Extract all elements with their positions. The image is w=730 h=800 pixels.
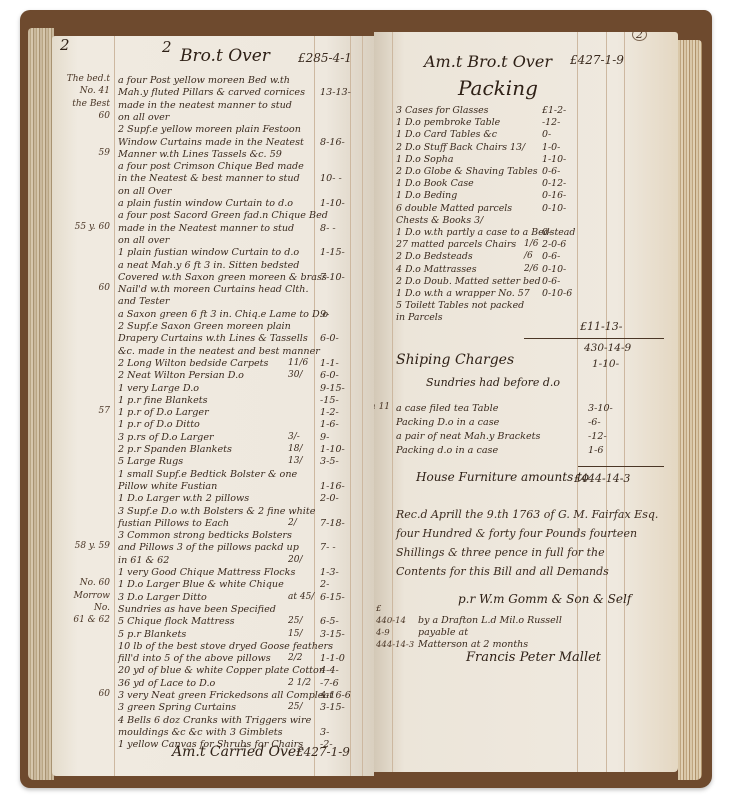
entry-amount: 8- -	[320, 222, 336, 235]
entry-text: in 61 & 62	[118, 554, 169, 567]
entry-rate: 13/	[288, 455, 302, 468]
margin-note: 58 y. 59	[64, 541, 110, 552]
margin-note: the Best	[64, 99, 110, 110]
entry-amount: 1-10-	[320, 443, 345, 456]
entry-text: 1 p.r of D.o Ditto	[118, 418, 200, 431]
packing-entry: 2 D.o Doub. Matted setter bed	[396, 275, 541, 288]
entry-amount: 9-	[320, 431, 329, 444]
house-furniture-amount: £444-14-3	[574, 472, 630, 485]
dated-amount: 1-6	[588, 444, 603, 457]
right-page: 2 Am.t Bro.t Over £427-1-9 Packing 3 Cas…	[374, 32, 678, 772]
entry-text: 3 Supf.e D.o w.th Bolsters & 2 fine whit…	[118, 505, 315, 518]
signature: Francis Peter Mallet	[466, 650, 601, 665]
entry-text: a Saxon green 6 ft 3 in. Chiq.e Lame to …	[118, 308, 328, 321]
entry-rate: 2/	[288, 517, 297, 530]
packing-entry: in Parcels	[396, 311, 443, 324]
entry-text: fustian Pillows to Each	[118, 517, 229, 530]
entry-rate: 30/	[288, 369, 302, 382]
entry-text: and Tester	[118, 295, 169, 308]
entry-amount: 2-0-	[320, 492, 339, 505]
packing-title: Packing	[458, 76, 538, 100]
entry-text: a plain fustin window Curtain to d.o	[118, 197, 293, 210]
packing-entry: 3 Cases for Glasses	[396, 104, 489, 117]
packing-amount: £1-2-	[542, 104, 566, 117]
packing-amount: 0-10-	[542, 202, 566, 215]
entry-text: &c. made in the neatest and best manner	[118, 345, 320, 358]
entry-amount: 1-3-	[320, 566, 339, 579]
entry-rate: 15/	[288, 628, 302, 641]
packing-amount: 0-12-	[542, 177, 566, 190]
entry-text: in the Neatest & best manner to stud	[118, 172, 300, 185]
margin-note: 61 & 62	[64, 615, 110, 626]
packing-amount: 0-	[542, 226, 551, 239]
page-edges-right	[678, 40, 702, 780]
entry-text: 1 very Large D.o	[118, 382, 199, 395]
entry-text: on all over	[118, 234, 169, 247]
packing-rate: 1/6	[524, 238, 538, 251]
entry-text: 3 green Spring Curtains	[118, 701, 236, 714]
heading-amount: £285-4-1	[298, 52, 352, 65]
packing-rate: /6	[524, 250, 533, 263]
entry-amount: 1-6-	[320, 418, 339, 431]
entry-amount: 1-2-	[320, 406, 339, 419]
dated-entry: Packing D.o in a case	[396, 416, 499, 429]
packing-amount: 0-	[542, 128, 551, 141]
page-edges-left	[28, 28, 54, 780]
entry-text: 2 Neat Wilton Persian D.o	[118, 369, 244, 382]
sundries-subtitle: Sundries had before d.o	[426, 376, 560, 389]
entry-text: fill'd into 5 of the above pillows	[118, 652, 271, 665]
margin-note: 60	[64, 111, 110, 122]
packing-amount: 0-16-	[542, 189, 566, 202]
entry-amount: 6-0-	[320, 332, 339, 345]
entry-amount: 8-16-	[320, 136, 345, 149]
entry-amount: 3-15-	[320, 628, 345, 641]
dated-amount: -12-	[588, 430, 607, 443]
margin-note: 60	[64, 283, 110, 294]
packing-entry: 1 D.o Book Case	[396, 177, 474, 190]
receipt-signature-for: p.r W.m Gomm & Son & Self	[458, 592, 631, 606]
entry-text: 1 plain fustian window Curtain to d.o	[118, 246, 299, 259]
entry-text: a neat Mah.y 6 ft 3 in. Sitten bedsted	[118, 259, 299, 272]
entry-text: a four post Crimson Chique Bed made	[118, 160, 304, 173]
house-furniture-label: House Furniture amounts to	[416, 470, 589, 484]
packing-rate: 2/6	[524, 263, 538, 276]
packing-entry: 1 D.o pembroke Table	[396, 116, 500, 129]
entry-amount: 1-1-0	[320, 652, 345, 665]
entry-amount: 1-16-	[320, 480, 345, 493]
entry-text: 10 lb of the best stove dryed Goose feat…	[118, 640, 333, 653]
packing-entry: Chests & Books 3/	[396, 214, 483, 227]
entry-text: 1 D.o Larger w.th 2 pillows	[118, 492, 249, 505]
entry-text: 2 p.r Spanden Blankets	[118, 443, 232, 456]
shipping-title: Shiping Charges	[396, 352, 514, 368]
running-total: 430-14-9	[584, 342, 631, 355]
entry-rate: 20/	[288, 554, 302, 567]
entry-text: on all over	[118, 111, 169, 124]
entry-amount: 2-	[320, 578, 329, 591]
margin-note: No. 41	[64, 86, 110, 97]
entry-amount: 13-13-	[320, 86, 351, 99]
entry-rate: at 45/	[288, 591, 314, 604]
carried-over-amount: £427-1-9	[296, 746, 350, 759]
entry-text: 1 p.r of D.o Larger	[118, 406, 209, 419]
packing-entry: 27 matted parcels Chairs	[396, 238, 516, 251]
entry-amount: 7-18-	[320, 517, 345, 530]
entry-text: 3 Common strong bedticks Bolsters	[118, 529, 292, 542]
entry-text: a four post Sacord Green fad.n Chique Be…	[118, 209, 328, 222]
entry-rate: 3/-	[288, 431, 300, 444]
entry-rate: 25/	[288, 701, 302, 714]
entry-rate: 18/	[288, 443, 302, 456]
heading-number: 2	[162, 38, 172, 56]
dated-entry: a case filed tea Table	[396, 402, 498, 415]
receipt-line: Rec.d Aprill the 9.th 1763 of G. M. Fair…	[396, 508, 658, 521]
margin-note: No. 60	[64, 578, 110, 589]
margin-rule	[114, 36, 115, 776]
margin-note: No.	[64, 603, 110, 614]
entry-text: Mah.y fluted Pillars & carved cornices	[118, 86, 305, 99]
entry-text: 5 p.r Blankets	[118, 628, 186, 641]
entry-amount: 7-10-	[320, 271, 345, 284]
margin-note: 55 y. 60	[64, 222, 110, 233]
margin-note: 57	[64, 406, 110, 417]
entry-text: 5 Chique flock Mattress	[118, 615, 235, 628]
entry-text: mouldings &c &c with 3 Gimblets	[118, 726, 283, 739]
dated-amount: 3-10-	[588, 402, 613, 415]
entry-amount: 10- -	[320, 172, 342, 185]
entry-rate: 25/	[288, 615, 302, 628]
heading-amount: £427-1-9	[570, 54, 624, 67]
entry-amount: 1-15-	[320, 246, 345, 259]
calc-line: 4-9	[376, 628, 390, 639]
entry-amount: 6-0-	[320, 369, 339, 382]
entry-rate: 11/6	[288, 357, 308, 370]
entry-amount: 1-1-	[320, 357, 339, 370]
entry-text: 2 Supf.e yellow moreen plain Festoon	[118, 123, 301, 136]
entry-text: Window Curtains made in the Neatest	[118, 136, 304, 149]
entry-text: Covered w.th Saxon green moreen & brass	[118, 271, 327, 284]
entry-text: 20 yd of blue & white Copper plate Cotto…	[118, 664, 325, 677]
entry-amount: 7- -	[320, 541, 336, 554]
entry-amount: 9-	[320, 308, 329, 321]
page-number: 2	[632, 32, 647, 41]
entry-text: and Pillows 3 of the pillows packd up	[118, 541, 299, 554]
entry-text: 3 very Neat green Frickedsons all Comple…	[118, 689, 333, 702]
dated-entry: a pair of neat Mah.y Brackets	[396, 430, 540, 443]
packing-amount: 0-6-	[542, 165, 560, 178]
packing-amount: 0-6-	[542, 275, 560, 288]
dated-amount: -6-	[588, 416, 601, 429]
receipt-line: four Hundred & forty four Pounds fourtee…	[396, 527, 637, 540]
packing-amount: -12-	[542, 116, 560, 129]
packing-entry: 6 double Matted parcels	[396, 202, 512, 215]
page-heading: Am.t Bro.t Over	[424, 52, 552, 71]
margin-rule	[392, 32, 393, 772]
packing-entry: 1 D.o Card Tables &c	[396, 128, 497, 141]
entry-text: a four Post yellow moreen Bed w.th	[118, 74, 290, 87]
rule-line	[524, 338, 664, 339]
entry-text: 3 D.o Larger Ditto	[118, 591, 207, 604]
entry-amount: 6-5-	[320, 615, 339, 628]
entry-amount: 6-15-	[320, 591, 345, 604]
packing-amount: 0-10-6	[542, 287, 572, 300]
entry-text: made in the Neatest manner to stud	[118, 222, 294, 235]
shipping-amount: 1-10-	[592, 358, 619, 371]
entry-text: 4 Bells 6 doz Cranks with Triggers wire	[118, 714, 311, 727]
entry-text: 2 Long Wilton bedside Carpets	[118, 357, 268, 370]
calc-line: £	[376, 604, 381, 615]
entry-text: 5 Large Rugs	[118, 455, 183, 468]
entry-text: Nail'd w.th moreen Curtains head Clth.	[118, 283, 309, 296]
left-page: 2 2 Bro.t Over £285-4-1 The bed.tNo. 41t…	[52, 36, 374, 776]
packing-entry: 1 D.o Sopha	[396, 153, 453, 166]
entry-text: made in the neatest manner to stud	[118, 99, 292, 112]
packing-entry: 5 Toilett Tables not packed	[396, 299, 524, 312]
calc-line: 444-14-3	[376, 640, 414, 651]
entry-text: 2 Supf.e Saxon Green moreen plain	[118, 320, 291, 333]
entry-text: on all Over	[118, 185, 171, 198]
margin-note: 60	[64, 689, 110, 700]
entry-text: 1 p.r fine Blankets	[118, 394, 208, 407]
packing-amount: 1-10-	[542, 153, 566, 166]
packing-amount: 0-10-	[542, 263, 566, 276]
entry-date: March 11	[374, 402, 390, 413]
receipt-line: Shillings & three pence in full for the	[396, 546, 605, 559]
page-heading: Bro.t Over	[180, 46, 270, 66]
amount-rule	[624, 32, 625, 772]
calc-line: 440-14	[376, 616, 406, 627]
rule-line	[578, 466, 664, 467]
entry-text: Manner w.th Lines Tassels &c. 59	[118, 148, 282, 161]
entry-text: 1 small Supf.e Bedtick Bolster & one	[118, 468, 297, 481]
entry-amount: 3-15-	[320, 701, 345, 714]
entry-rate: 2/2	[288, 652, 302, 665]
packing-subtotal: £11-13-	[580, 320, 622, 333]
entry-amount: -7-6	[320, 677, 339, 690]
entry-amount: -15-	[320, 394, 339, 407]
ledger-book: 2 2 Bro.t Over £285-4-1 The bed.tNo. 41t…	[20, 10, 712, 788]
margin-note: Morrow	[64, 591, 110, 602]
margin-note: 59	[64, 148, 110, 159]
carried-over-label: Am.t Carried Over	[172, 744, 303, 760]
entry-text: 1 very Good Chique Mattress Flocks	[118, 566, 295, 579]
margin-note: The bed.t	[64, 74, 110, 85]
entry-text: 1 D.o Larger Blue & white Chique	[118, 578, 284, 591]
packing-entry: 4 D.o Mattrasses	[396, 263, 477, 276]
entry-amount: 9-15-	[320, 382, 345, 395]
packing-entry: 1 D.o w.th a wrapper No. 57	[396, 287, 530, 300]
amount-rule	[350, 36, 351, 776]
entry-amount: 3-	[320, 726, 329, 739]
packing-amount: 2-0-6	[542, 238, 566, 251]
page-number: 2	[60, 36, 70, 54]
receipt-line: Contents for this Bill and all Demands	[396, 565, 609, 578]
entry-text: 36 yd of Lace to D.o	[118, 677, 215, 690]
packing-entry: 1 D.o Beding	[396, 189, 457, 202]
entry-amount: 3-5-	[320, 455, 339, 468]
entry-amount: 4-4-	[320, 664, 339, 677]
packing-entry: 2 D.o Bedsteads	[396, 250, 473, 263]
entry-text: 3 p.rs of D.o Larger	[118, 431, 214, 444]
entry-amount: 1-10-	[320, 197, 345, 210]
entry-text: Sundries as have been Specified	[118, 603, 276, 616]
packing-entry: 2 D.o Globe & Shaving Tables	[396, 165, 538, 178]
packing-entry: 2 D.o Stuff Back Chairs 13/	[396, 141, 525, 154]
dated-entry: Packing d.o in a case	[396, 444, 498, 457]
entry-text: Drapery Curtains w.th Lines & Tassells	[118, 332, 308, 345]
amount-rule	[362, 36, 363, 776]
packing-amount: 0-6-	[542, 250, 560, 263]
entry-rate: 2 1/2	[288, 677, 311, 690]
entry-text: Pillow white Fustian	[118, 480, 217, 493]
entry-amount: 4-16-6	[320, 689, 351, 702]
packing-amount: 1-0-	[542, 141, 560, 154]
